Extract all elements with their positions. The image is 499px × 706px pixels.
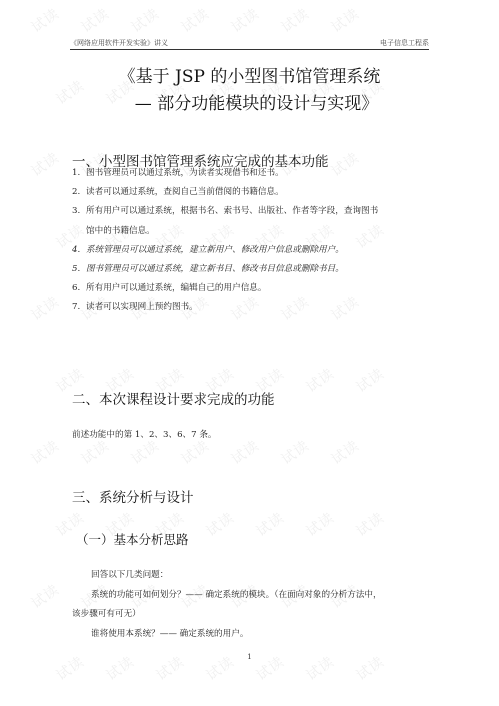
list-item: 1.图书管理员可以通过系统，为读者实现借书和还书。 xyxy=(72,164,432,183)
header-department: 电子信息工程系 xyxy=(380,38,429,48)
section-2-body: 前述功能中的第 1、2、3、6、7 条。 xyxy=(72,426,217,445)
document-page: 《网络应用软件开发实验》讲义 电子信息工程系 《基于 JSP 的小型图书馆管理系… xyxy=(0,0,499,706)
document-title: 《基于 JSP 的小型图书馆管理系统 — 部分功能模块的设计与实现》 xyxy=(0,64,499,118)
function-list: 1.图书管理员可以通过系统，为读者实现借书和还书。 2.读者可以通过系统，查阅自… xyxy=(72,164,432,318)
section-2-heading: 二、本次课程设计要求完成的功能 xyxy=(72,388,275,408)
analysis-question-1: 系统的功能可如何划分？—— 确定系统的模块。（在面向对象的分析方法中， xyxy=(91,586,382,605)
running-header: 《网络应用软件开发实验》讲义 电子信息工程系 xyxy=(70,36,429,50)
list-item: 2.读者可以通过系统，查阅自己当前借阅的书籍信息。 xyxy=(72,183,432,202)
analysis-intro: 回答以下几类问题： xyxy=(91,566,168,585)
section-3-subheading: （一）基本分析思路 xyxy=(76,530,189,548)
title-line-2: — 部分功能模块的设计与实现》 xyxy=(0,91,499,118)
header-course-title: 《网络应用软件开发实验》讲义 xyxy=(70,38,168,48)
page-number: 1 xyxy=(0,653,499,661)
list-item: 4.系统管理员可以通过系统，建立新用户、修改用户信息或删除用户。 xyxy=(72,241,432,260)
list-item: 7.读者可以实现网上预约图书。 xyxy=(72,298,432,317)
title-line-1: 《基于 JSP 的小型图书馆管理系统 xyxy=(0,64,499,91)
list-item: 3.所有用户可以通过系统，根据书名、索书号、出版社、作者等字段，查询图书 xyxy=(72,202,432,221)
list-item: 5.图书管理员可以通过系统，建立新书目、修改书目信息或删除书目。 xyxy=(72,260,432,279)
section-3-heading: 三、系统分析与设计 xyxy=(72,486,194,506)
analysis-question-2: 谁将使用本系统？—— 确定系统的用户。 xyxy=(91,625,248,644)
list-item: 6.所有用户可以通过系统，编辑自己的用户信息。 xyxy=(72,279,432,298)
analysis-question-1-continued: 该步骤可有可无） xyxy=(72,605,141,624)
list-item-continuation: 馆中的书籍信息。 xyxy=(72,222,432,241)
